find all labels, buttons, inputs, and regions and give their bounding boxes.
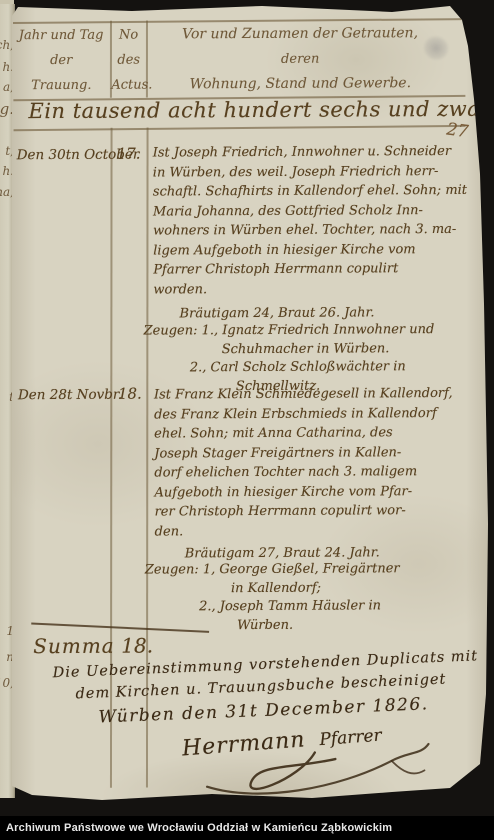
witness-line: 2., Joseph Tamm Häusler in [145,597,400,617]
entry-body-line: wohners in Würben ehel. Tochter, nach 3.… [153,220,478,241]
entry-body-line: den. [155,520,480,541]
entry-body: Ist Joseph Friedrich, Innwohner u. Schne… [153,142,479,300]
margin-fragment: g. [0,100,14,118]
entry-body-line: schaftl. Schafhirts in Kallendorf ehel. … [153,181,478,202]
summa-label: Summa [33,634,115,658]
entry-number: 18. [118,385,142,403]
year-banner: Ein tausend acht hundert sechs und zwanz… [28,97,472,123]
entry-body: Ist Franz Klein Schmiedegesell in Kallen… [154,384,480,542]
summa-value: 18. [121,634,153,658]
column-header-names-line: Wohnung, Stand und Gewerbe. [150,71,450,98]
entry-body-line: worden. [153,278,478,299]
entry-body-line: Aufgeboth in hiesiger Kirche vom Pfar- [154,481,479,502]
entry-body-line: des Franz Klein Erbschmieds in Kallendor… [154,403,479,424]
archive-name-label: Archiwum Państwowe we Wrocławiu Oddział … [6,822,392,834]
entry-body-line: rer Christoph Herrmann copulirt wor- [155,501,480,522]
archive-watermark-bar: Archiwum Państwowe we Wrocławiu Oddział … [0,816,494,840]
column-header-number-line: des [111,48,146,73]
entry-body-line: Ist Joseph Friedrich, Innwohner u. Schne… [153,142,478,163]
entry-body-line: in Würben, des weil. Joseph Friedrich he… [153,161,478,182]
column-header-date: Jahr und Tag der Trauung. [14,23,108,98]
entry-body-line: Joseph Stager Freigärtners in Kallen- [154,442,479,463]
table-rule-year-bottom [14,125,466,131]
witness-line: Zeugen: 1, George Gießel, Freigärtner [145,560,400,580]
entry-body-line: ehel. Sohn; mit Anna Catharina, des [154,423,479,444]
entry-body-line: Ist Franz Klein Schmiedegesell in Kallen… [154,384,479,405]
margin-fragment: ch, [0,38,14,52]
column-header-names-line: Vor und Zunamen der Getrauten, [150,21,450,48]
column-header-names: Vor und Zunamen der Getrauten, deren Woh… [150,21,450,98]
column-header-date-line: der [14,48,108,73]
column-header-number-line: No [111,23,146,48]
margin-fragment: na, [0,185,14,199]
entry-number: 17. [117,145,141,163]
entry-body-line: Pfarrer Christoph Herrmann copulirt [153,259,478,280]
register-page: Jahr und Tag der Trauung. No des Actus. … [12,4,490,804]
entry-body-line: ligem Aufgeboth in hiesiger Kirche vom [153,239,478,260]
margin-fragment: 10, [0,676,14,690]
witness-line: Würben. [145,616,400,636]
witness-line: Zeugen: 1., Ignatz Friedrich Innwohner u… [144,321,435,341]
witness-line: Schuhmacher in Würben. [144,340,435,360]
entry-witnesses: Zeugen: 1, George Gießel, Freigärtner in… [145,560,400,635]
archival-scan-viewport: ch, h. a, g. t, h. na, t 1 n 10, Jahr un… [0,0,494,840]
witness-line: 2., Carl Scholz Schloßwächter in [144,358,435,378]
folio-number: 27 [445,120,469,143]
column-header-date-line: Jahr und Tag [14,23,108,48]
entry-date: Den 28t Novbr. [18,386,122,406]
register-sheet-content: Jahr und Tag der Trauung. No des Actus. … [10,3,492,805]
entry-body-line: dorf ehelichen Tochter nach 3. maligem [154,462,479,483]
column-header-number-line: Actus. [111,73,146,98]
witness-line: in Kallendorf; [145,579,400,599]
column-header-number: No des Actus. [111,23,146,98]
column-header-names-line: deren [150,46,450,73]
entry-body-line: Maria Johanna, des Gottfried Scholz Inn- [153,200,478,221]
column-header-date-line: Trauung. [14,73,108,98]
